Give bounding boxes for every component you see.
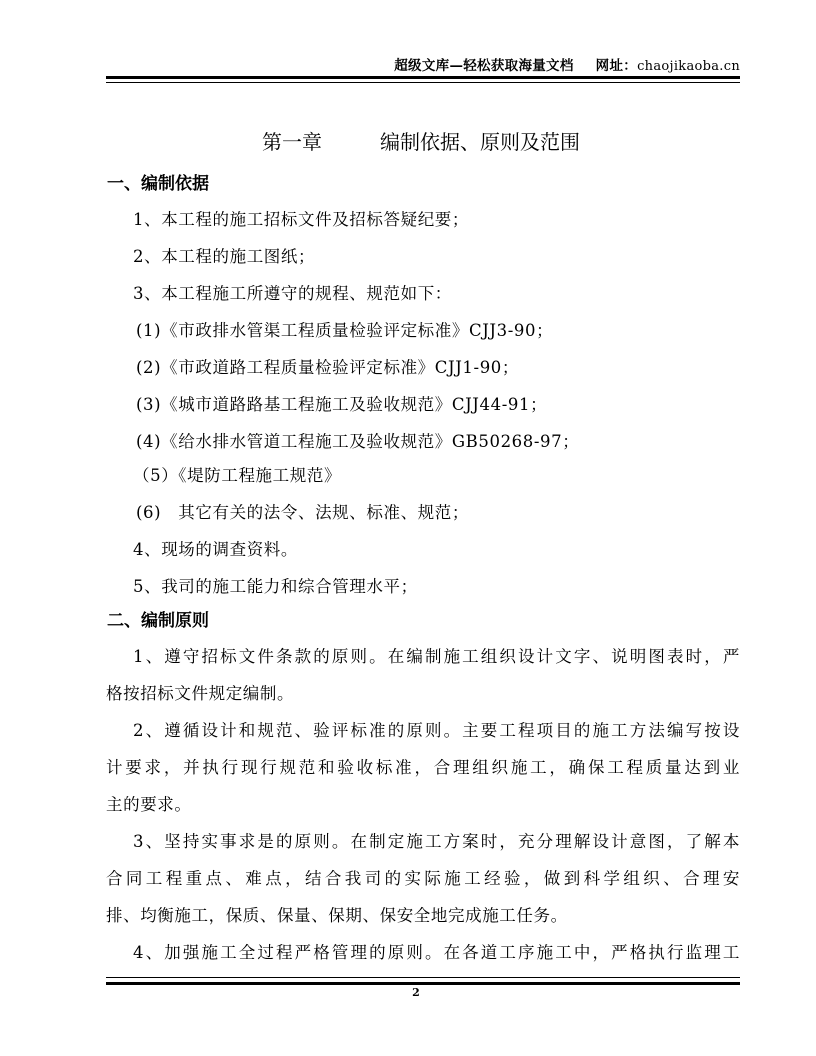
chapter-number: 第一章 — [262, 130, 322, 154]
paragraph-line: 排、均衡施工，保质、保量、保期、保安全地完成施工任务。 — [106, 902, 568, 926]
header-site-name: 超级文库—轻松获取海量文档 — [394, 58, 573, 74]
document-page: 超级文库—轻松获取海量文档 网址：chaojikaoba.cn 第一章编制依据、… — [0, 0, 816, 1056]
standard-item: (2)《市政道路工程质量检验评定标准》CJJ1-90； — [136, 354, 519, 378]
paragraph-line: 1、遵守招标文件条款的原则。在编制施工组织设计文字、说明图表时，严 — [133, 643, 740, 667]
chapter-title: 第一章编制依据、原则及范围 — [0, 126, 816, 155]
standard-item: (3)《城市道路路基工程施工及验收规范》CJJ44-91； — [136, 391, 547, 415]
list-item: 3、本工程施工所遵守的规程、规范如下： — [133, 280, 452, 304]
standard-item: （5）《堤防工程施工规范》 — [133, 462, 341, 486]
header-rule-thick — [106, 76, 740, 79]
header-rule-thin — [106, 82, 740, 83]
paragraph-line: 4、加强施工全过程严格管理的原则。在各道工序施工中，严格执行监理工 — [133, 939, 740, 963]
paragraph-line: 3、坚持实事求是的原则。在制定施工方案时，充分理解设计意图，了解本 — [133, 828, 740, 852]
paragraph-line: 合同工程重点、难点，结合我司的实际施工经验，做到科学组织、合理安 — [106, 865, 740, 889]
paragraph-line: 2、遵循设计和规范、验评标准的原则。主要工程项目的施工方法编写按设 — [133, 717, 740, 741]
standard-item: (6) 其它有关的法令、法规、标准、规范； — [136, 499, 469, 523]
header-site-url: chaojikaoba.cn — [637, 59, 740, 74]
section-heading-principles: 二、编制原则 — [107, 606, 209, 631]
footer-rule-thick — [106, 982, 740, 985]
paragraph-line: 主的要求。 — [106, 791, 192, 815]
list-item: 2、本工程的施工图纸； — [133, 243, 315, 267]
section-heading-basis: 一、编制依据 — [107, 169, 209, 194]
standard-item: (4)《给水排水管道工程施工及验收规范》GB50268-97； — [136, 428, 579, 452]
list-item: 4、现场的调查资料。 — [133, 536, 298, 560]
chapter-heading: 编制依据、原则及范围 — [380, 130, 580, 154]
page-number: 2 — [0, 986, 816, 999]
header-site-label: 网址： — [596, 58, 637, 74]
list-item: 5、我司的施工能力和综合管理水平； — [133, 573, 418, 597]
footer-rule-thin — [106, 977, 740, 978]
paragraph-line: 计要求，并执行现行规范和验收标准，合理组织施工，确保工程质量达到业 — [106, 754, 740, 778]
list-item: 1、本工程的施工招标文件及招标答疑纪要； — [133, 206, 469, 230]
page-header: 超级文库—轻松获取海量文档 网址：chaojikaoba.cn — [394, 54, 740, 74]
standard-item: (1)《市政排水管渠工程质量检验评定标准》CJJ3-90； — [136, 317, 553, 341]
paragraph-line: 格按招标文件规定编制。 — [106, 680, 294, 704]
